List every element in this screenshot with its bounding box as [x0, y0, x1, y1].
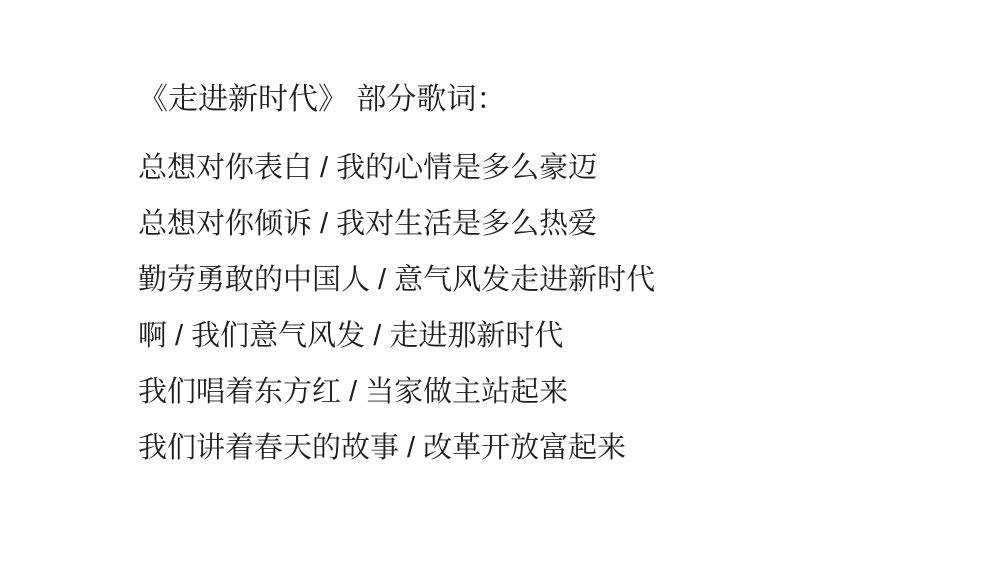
lyric-line-2: 总想对你倾诉 / 我对生活是多么热爱 [138, 208, 655, 241]
lyric-line-3: 勤劳勇敢的中国人 / 意气风发走进新时代 [138, 264, 655, 297]
lyrics-page: 《走进新时代》 部分歌词： 总想对你表白 / 我的心情是多么豪迈 总想对你倾诉 … [0, 0, 1000, 562]
lyrics-block: 《走进新时代》 部分歌词： 总想对你表白 / 我的心情是多么豪迈 总想对你倾诉 … [138, 83, 655, 488]
lyric-line-6: 我们讲着春天的故事 / 改革开放富起来 [138, 432, 655, 465]
lyric-line-4: 啊 / 我们意气风发 / 走进那新时代 [138, 320, 655, 353]
lyrics-title: 《走进新时代》 部分歌词： [138, 83, 655, 117]
lyric-line-5: 我们唱着东方红 / 当家做主站起来 [138, 376, 655, 409]
lyric-line-1: 总想对你表白 / 我的心情是多么豪迈 [138, 152, 655, 185]
